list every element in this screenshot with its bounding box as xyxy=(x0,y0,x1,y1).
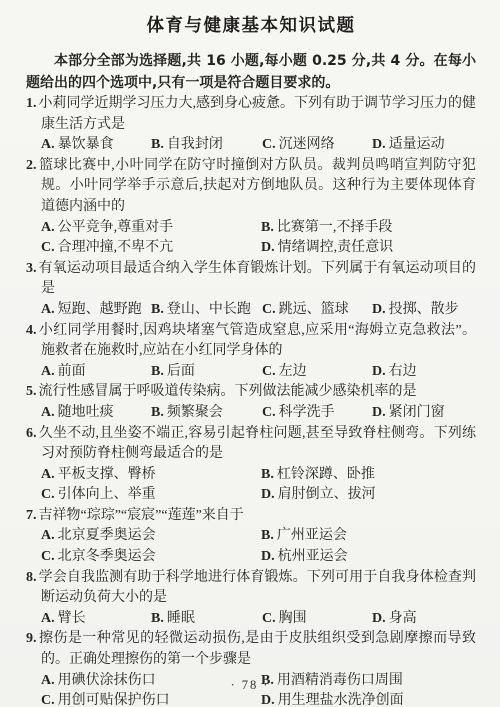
page-title: 体育与健康基本知识试题 xyxy=(26,14,476,38)
option-letter: C. xyxy=(262,405,279,420)
option-D: D.适量运动 xyxy=(372,135,476,156)
option-D: D.紧闭门窗 xyxy=(372,403,476,424)
question-text: 5.流行性感冒属于呼吸道传染病。下列做法能减少感染机率的是 xyxy=(26,382,476,403)
option-letter: D. xyxy=(372,611,389,626)
option-letter: A. xyxy=(41,364,58,379)
option-text: 北京冬季奥运会 xyxy=(58,549,156,564)
option-A: A.随地吐痰 xyxy=(41,403,151,424)
question-3: 3.有氧运动项目最适合纳入学生体育锻炼计划。下列属于有氧运动项目的是A.短跑、越… xyxy=(26,259,476,321)
question-stem: 学会自我监测有助于科学地进行体育锻炼。下列可用于自我身体检查判断运动负荷大小的是 xyxy=(39,570,477,606)
option-letter: A. xyxy=(41,220,58,235)
option-C: C.左边 xyxy=(262,362,372,383)
question-stem: 小红同学用餐时,因鸡块堵塞气管造成窒息,应采用“海姆立克急救法”。施救者在施救时… xyxy=(39,323,477,359)
option-text: 暴饮暴食 xyxy=(58,137,114,152)
option-A: A.平板支撑、臀桥 xyxy=(41,465,261,486)
option-C: C.胸围 xyxy=(262,609,372,630)
question-1: 1.小莉同学近期学习压力大,感到身心疲惫。下列有助于调节学习压力的健康生活方式是… xyxy=(26,94,476,156)
option-letter: B. xyxy=(261,220,277,235)
option-text: 睡眠 xyxy=(167,611,195,626)
option-text: 频繁聚会 xyxy=(167,405,223,420)
option-text: 胸围 xyxy=(279,611,307,626)
option-letter: D. xyxy=(261,240,278,255)
option-B: B.后面 xyxy=(151,362,262,383)
option-A: A.公平竞争,尊重对手 xyxy=(41,218,261,239)
option-text: 登山、中长跑 xyxy=(167,302,251,317)
option-B: B.睡眠 xyxy=(151,609,262,630)
option-A: A.短跑、越野跑 xyxy=(41,300,151,321)
option-text: 引体向上、举重 xyxy=(58,487,156,502)
question-stem: 有氧运动项目最适合纳入学生体育锻炼计划。下列属于有氧运动项目的是 xyxy=(39,261,477,297)
option-letter: A. xyxy=(41,137,58,152)
option-letter: C. xyxy=(41,549,58,564)
option-letter: D. xyxy=(261,487,278,502)
question-number: 9. xyxy=(26,631,39,646)
option-text: 公平竞争,尊重对手 xyxy=(58,220,174,235)
question-stem: 小莉同学近期学习压力大,感到身心疲惫。下列有助于调节学习压力的健康生活方式是 xyxy=(39,96,477,132)
option-letter: C. xyxy=(262,302,279,317)
option-text: 广州亚运会 xyxy=(277,528,347,543)
options-group: A.公平竞争,尊重对手B.比赛第一,不择手段C.合理冲撞,不卑不亢D.情绪调控,… xyxy=(26,218,476,259)
question-number: 5. xyxy=(26,384,39,399)
option-letter: B. xyxy=(151,302,167,317)
option-B: B.自我封闭 xyxy=(151,135,262,156)
option-letter: D. xyxy=(261,549,278,564)
option-text: 平板支撑、臀桥 xyxy=(58,467,156,482)
option-D: D.右边 xyxy=(372,362,476,383)
question-text: 8.学会自我监测有助于科学地进行体育锻炼。下列可用于自我身体检查判断运动负荷大小… xyxy=(26,568,476,609)
option-letter: A. xyxy=(41,302,58,317)
question-5: 5.流行性感冒属于呼吸道传染病。下列做法能减少感染机率的是A.随地吐痰B.频繁聚… xyxy=(26,382,476,423)
option-C: C.跳远、篮球 xyxy=(262,300,372,321)
option-letter: B. xyxy=(151,611,167,626)
option-text: 自我封闭 xyxy=(167,137,223,152)
option-letter: C. xyxy=(262,137,279,152)
option-letter: D. xyxy=(372,364,389,379)
question-number: 7. xyxy=(26,508,39,523)
question-stem: 篮球比赛中,小叶同学在防守时撞倒对方队员。裁判员鸣哨宣判防守犯规。小叶同学举手示… xyxy=(39,158,477,214)
option-text: 跳远、篮球 xyxy=(279,302,349,317)
option-letter: D. xyxy=(372,405,389,420)
option-text: 北京夏季奥运会 xyxy=(58,528,156,543)
options-group: A.暴饮暴食B.自我封闭C.沉迷网络D.适量运动 xyxy=(26,135,476,156)
option-B: B.比赛第一,不择手段 xyxy=(261,218,476,239)
question-6: 6.久坐不动,且坐姿不端正,容易引起脊柱问题,甚至导致脊柱侧弯。下列练习对预防脊… xyxy=(26,424,476,506)
question-2: 2.篮球比赛中,小叶同学在防守时撞倒对方队员。裁判员鸣哨宣判防守犯规。小叶同学举… xyxy=(26,156,476,259)
question-text: 4.小红同学用餐时,因鸡块堵塞气管造成窒息,应采用“海姆立克急救法”。施救者在施… xyxy=(26,321,476,362)
option-letter: C. xyxy=(41,487,58,502)
question-number: 2. xyxy=(26,158,39,173)
option-letter: A. xyxy=(41,611,58,626)
question-number: 8. xyxy=(26,570,39,585)
option-text: 比赛第一,不择手段 xyxy=(277,220,393,235)
option-D: D.情绪调控,责任意识 xyxy=(261,238,476,259)
option-letter: B. xyxy=(261,528,277,543)
page-number: · 78 · xyxy=(0,675,500,696)
option-letter: A. xyxy=(41,405,58,420)
option-text: 肩肘倒立、拔河 xyxy=(278,487,376,502)
option-letter: D. xyxy=(372,302,389,317)
option-letter: B. xyxy=(151,137,167,152)
option-C: C.科学洗手 xyxy=(262,403,372,424)
option-C: C.合理冲撞,不卑不亢 xyxy=(41,238,261,259)
option-text: 科学洗手 xyxy=(279,405,335,420)
option-letter: A. xyxy=(41,467,58,482)
option-D: D.肩肘倒立、拔河 xyxy=(261,485,476,506)
intro-paragraph: 本部分全部为选择题,共 16 小题,每小题 0.25 分,共 4 分。在每小题给… xyxy=(26,51,476,94)
option-B: B.广州亚运会 xyxy=(261,526,476,547)
option-B: B.登山、中长跑 xyxy=(151,300,262,321)
option-text: 左边 xyxy=(279,364,307,379)
test-paper-page: 体育与健康基本知识试题 本部分全部为选择题,共 16 小题,每小题 0.25 分… xyxy=(0,0,500,707)
option-text: 杠铃深蹲、卧推 xyxy=(277,467,375,482)
option-B: B.频繁聚会 xyxy=(151,403,262,424)
question-text: 9.擦伤是一种常见的轻微运动损伤,是由于皮肤组织受到急剧摩擦而导致的。正确处理擦… xyxy=(26,629,476,670)
option-text: 身高 xyxy=(389,611,417,626)
question-number: 3. xyxy=(26,261,39,276)
options-group: A.短跑、越野跑B.登山、中长跑C.跳远、篮球D.投掷、散步 xyxy=(26,300,476,321)
options-group: A.北京夏季奥运会B.广州亚运会C.北京冬季奥运会D.杭州亚运会 xyxy=(26,526,476,567)
question-text: 6.久坐不动,且坐姿不端正,容易引起脊柱问题,甚至导致脊柱侧弯。下列练习对预防脊… xyxy=(26,424,476,465)
option-text: 紧闭门窗 xyxy=(389,405,445,420)
question-list: 1.小莉同学近期学习压力大,感到身心疲惫。下列有助于调节学习压力的健康生活方式是… xyxy=(26,94,476,707)
option-text: 随地吐痰 xyxy=(58,405,114,420)
option-text: 前面 xyxy=(58,364,86,379)
question-text: 1.小莉同学近期学习压力大,感到身心疲惫。下列有助于调节学习压力的健康生活方式是 xyxy=(26,94,476,135)
option-D: D.杭州亚运会 xyxy=(261,547,476,568)
option-C: C.沉迷网络 xyxy=(262,135,372,156)
question-stem: 擦伤是一种常见的轻微运动损伤,是由于皮肤组织受到急剧摩擦而导致的。正确处理擦伤的… xyxy=(39,631,477,667)
question-7: 7.吉祥物“琮琮”“宸宸”“莲莲”来自于A.北京夏季奥运会B.广州亚运会C.北京… xyxy=(26,506,476,568)
option-B: B.杠铃深蹲、卧推 xyxy=(261,465,476,486)
option-letter: B. xyxy=(261,467,277,482)
question-number: 6. xyxy=(26,426,39,441)
option-A: A.前面 xyxy=(41,362,151,383)
options-group: A.前面B.后面C.左边D.右边 xyxy=(26,362,476,383)
option-letter: B. xyxy=(151,405,167,420)
option-text: 合理冲撞,不卑不亢 xyxy=(58,240,174,255)
option-letter: C. xyxy=(41,240,58,255)
question-text: 3.有氧运动项目最适合纳入学生体育锻炼计划。下列属于有氧运动项目的是 xyxy=(26,259,476,300)
question-8: 8.学会自我监测有助于科学地进行体育锻炼。下列可用于自我身体检查判断运动负荷大小… xyxy=(26,568,476,630)
option-letter: C. xyxy=(262,611,279,626)
option-letter: C. xyxy=(262,364,279,379)
option-D: D.身高 xyxy=(372,609,476,630)
option-text: 情绪调控,责任意识 xyxy=(278,240,394,255)
option-text: 适量运动 xyxy=(389,137,445,152)
option-letter: A. xyxy=(41,528,58,543)
question-text: 2.篮球比赛中,小叶同学在防守时撞倒对方队员。裁判员鸣哨宣判防守犯规。小叶同学举… xyxy=(26,156,476,218)
question-stem: 吉祥物“琮琮”“宸宸”“莲莲”来自于 xyxy=(39,508,244,523)
question-4: 4.小红同学用餐时,因鸡块堵塞气管造成窒息,应采用“海姆立克急救法”。施救者在施… xyxy=(26,321,476,383)
option-D: D.投掷、散步 xyxy=(372,300,476,321)
option-letter: D. xyxy=(372,137,389,152)
option-letter: B. xyxy=(151,364,167,379)
options-group: A.臂长B.睡眠C.胸围D.身高 xyxy=(26,609,476,630)
option-text: 杭州亚运会 xyxy=(278,549,348,564)
option-A: A.臂长 xyxy=(41,609,151,630)
question-text: 7.吉祥物“琮琮”“宸宸”“莲莲”来自于 xyxy=(26,506,476,527)
option-text: 短跑、越野跑 xyxy=(58,302,142,317)
options-group: A.平板支撑、臀桥B.杠铃深蹲、卧推C.引体向上、举重D.肩肘倒立、拔河 xyxy=(26,465,476,506)
options-group: A.随地吐痰B.频繁聚会C.科学洗手D.紧闭门窗 xyxy=(26,403,476,424)
option-C: C.引体向上、举重 xyxy=(41,485,261,506)
option-text: 臂长 xyxy=(58,611,86,626)
option-A: A.北京夏季奥运会 xyxy=(41,526,261,547)
question-stem: 流行性感冒属于呼吸道传染病。下列做法能减少感染机率的是 xyxy=(39,384,417,399)
question-stem: 久坐不动,且坐姿不端正,容易引起脊柱问题,甚至导致脊柱侧弯。下列练习对预防脊柱侧… xyxy=(39,426,477,462)
option-C: C.北京冬季奥运会 xyxy=(41,547,261,568)
option-text: 投掷、散步 xyxy=(389,302,459,317)
option-text: 沉迷网络 xyxy=(279,137,335,152)
option-A: A.暴饮暴食 xyxy=(41,135,151,156)
option-text: 后面 xyxy=(167,364,195,379)
question-number: 1. xyxy=(26,96,39,111)
option-text: 右边 xyxy=(389,364,417,379)
question-number: 4. xyxy=(26,323,39,338)
